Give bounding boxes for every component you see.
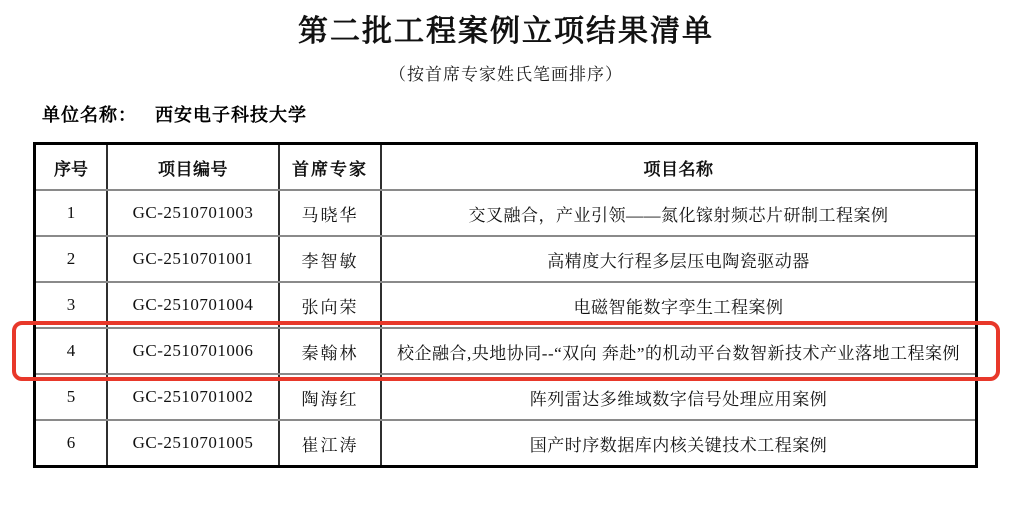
row-expert: 崔江涛 (279, 420, 381, 467)
row-expert: 马晓华 (279, 190, 381, 236)
table-header-row: 序号 项目编号 首席专家 项目名称 (35, 144, 977, 191)
row-name: 国产时序数据库内核关键技术工程案例 (381, 420, 977, 467)
row-code: GC-2510701001 (107, 236, 279, 282)
row-seq: 3 (35, 282, 108, 328)
table-row-highlighted: 4 GC-2510701006 秦翰林 校企融合,央地协同--“双向 奔赴”的机… (35, 328, 977, 374)
unit-name-value: 西安电子科技大学 (155, 105, 307, 125)
row-code: GC-2510701005 (107, 420, 279, 467)
row-name: 高精度大行程多层压电陶瓷驱动器 (381, 236, 977, 282)
row-code: GC-2510701002 (107, 374, 279, 420)
table-row: 5 GC-2510701002 陶海红 阵列雷达多维域数字信号处理应用案例 (35, 374, 977, 420)
header-expert: 首席专家 (279, 144, 381, 191)
row-seq: 6 (35, 420, 108, 467)
table-row: 2 GC-2510701001 李智敏 高精度大行程多层压电陶瓷驱动器 (35, 236, 977, 282)
row-expert: 陶海红 (279, 374, 381, 420)
row-seq: 1 (35, 190, 108, 236)
row-expert: 李智敏 (279, 236, 381, 282)
row-code: GC-2510701004 (107, 282, 279, 328)
row-name: 电磁智能数字孪生工程案例 (381, 282, 977, 328)
row-name: 阵列雷达多维域数字信号处理应用案例 (381, 374, 977, 420)
row-name: 交叉融合，产业引领——氮化镓射频芯片研制工程案例 (381, 190, 977, 236)
page-title: 第二批工程案例立项结果清单 (0, 6, 1012, 50)
row-seq: 2 (35, 236, 108, 282)
row-code: GC-2510701006 (107, 328, 279, 374)
unit-name-label: 单位名称： (42, 105, 137, 125)
header-seq: 序号 (35, 144, 108, 191)
row-seq: 5 (35, 374, 108, 420)
row-expert: 秦翰林 (279, 328, 381, 374)
table-row: 6 GC-2510701005 崔江涛 国产时序数据库内核关键技术工程案例 (35, 420, 977, 467)
document-page: 第二批工程案例立项结果清单 （按首席专家姓氏笔画排序） 单位名称：西安电子科技大… (0, 0, 1012, 514)
table-row: 1 GC-2510701003 马晓华 交叉融合，产业引领——氮化镓射频芯片研制… (35, 190, 977, 236)
header-code: 项目编号 (107, 144, 279, 191)
table-row: 3 GC-2510701004 张向荣 电磁智能数字孪生工程案例 (35, 282, 977, 328)
results-table: 序号 项目编号 首席专家 项目名称 1 GC-2510701003 马晓华 交叉… (33, 142, 978, 468)
header-name: 项目名称 (381, 144, 977, 191)
row-seq: 4 (35, 328, 108, 374)
row-code: GC-2510701003 (107, 190, 279, 236)
page-subtitle: （按首席专家姓氏笔画排序） (0, 60, 1012, 85)
row-name: 校企融合,央地协同--“双向 奔赴”的机动平台数智新技术产业落地工程案例 (381, 328, 977, 374)
unit-name-line: 单位名称：西安电子科技大学 (42, 101, 307, 127)
row-expert: 张向荣 (279, 282, 381, 328)
